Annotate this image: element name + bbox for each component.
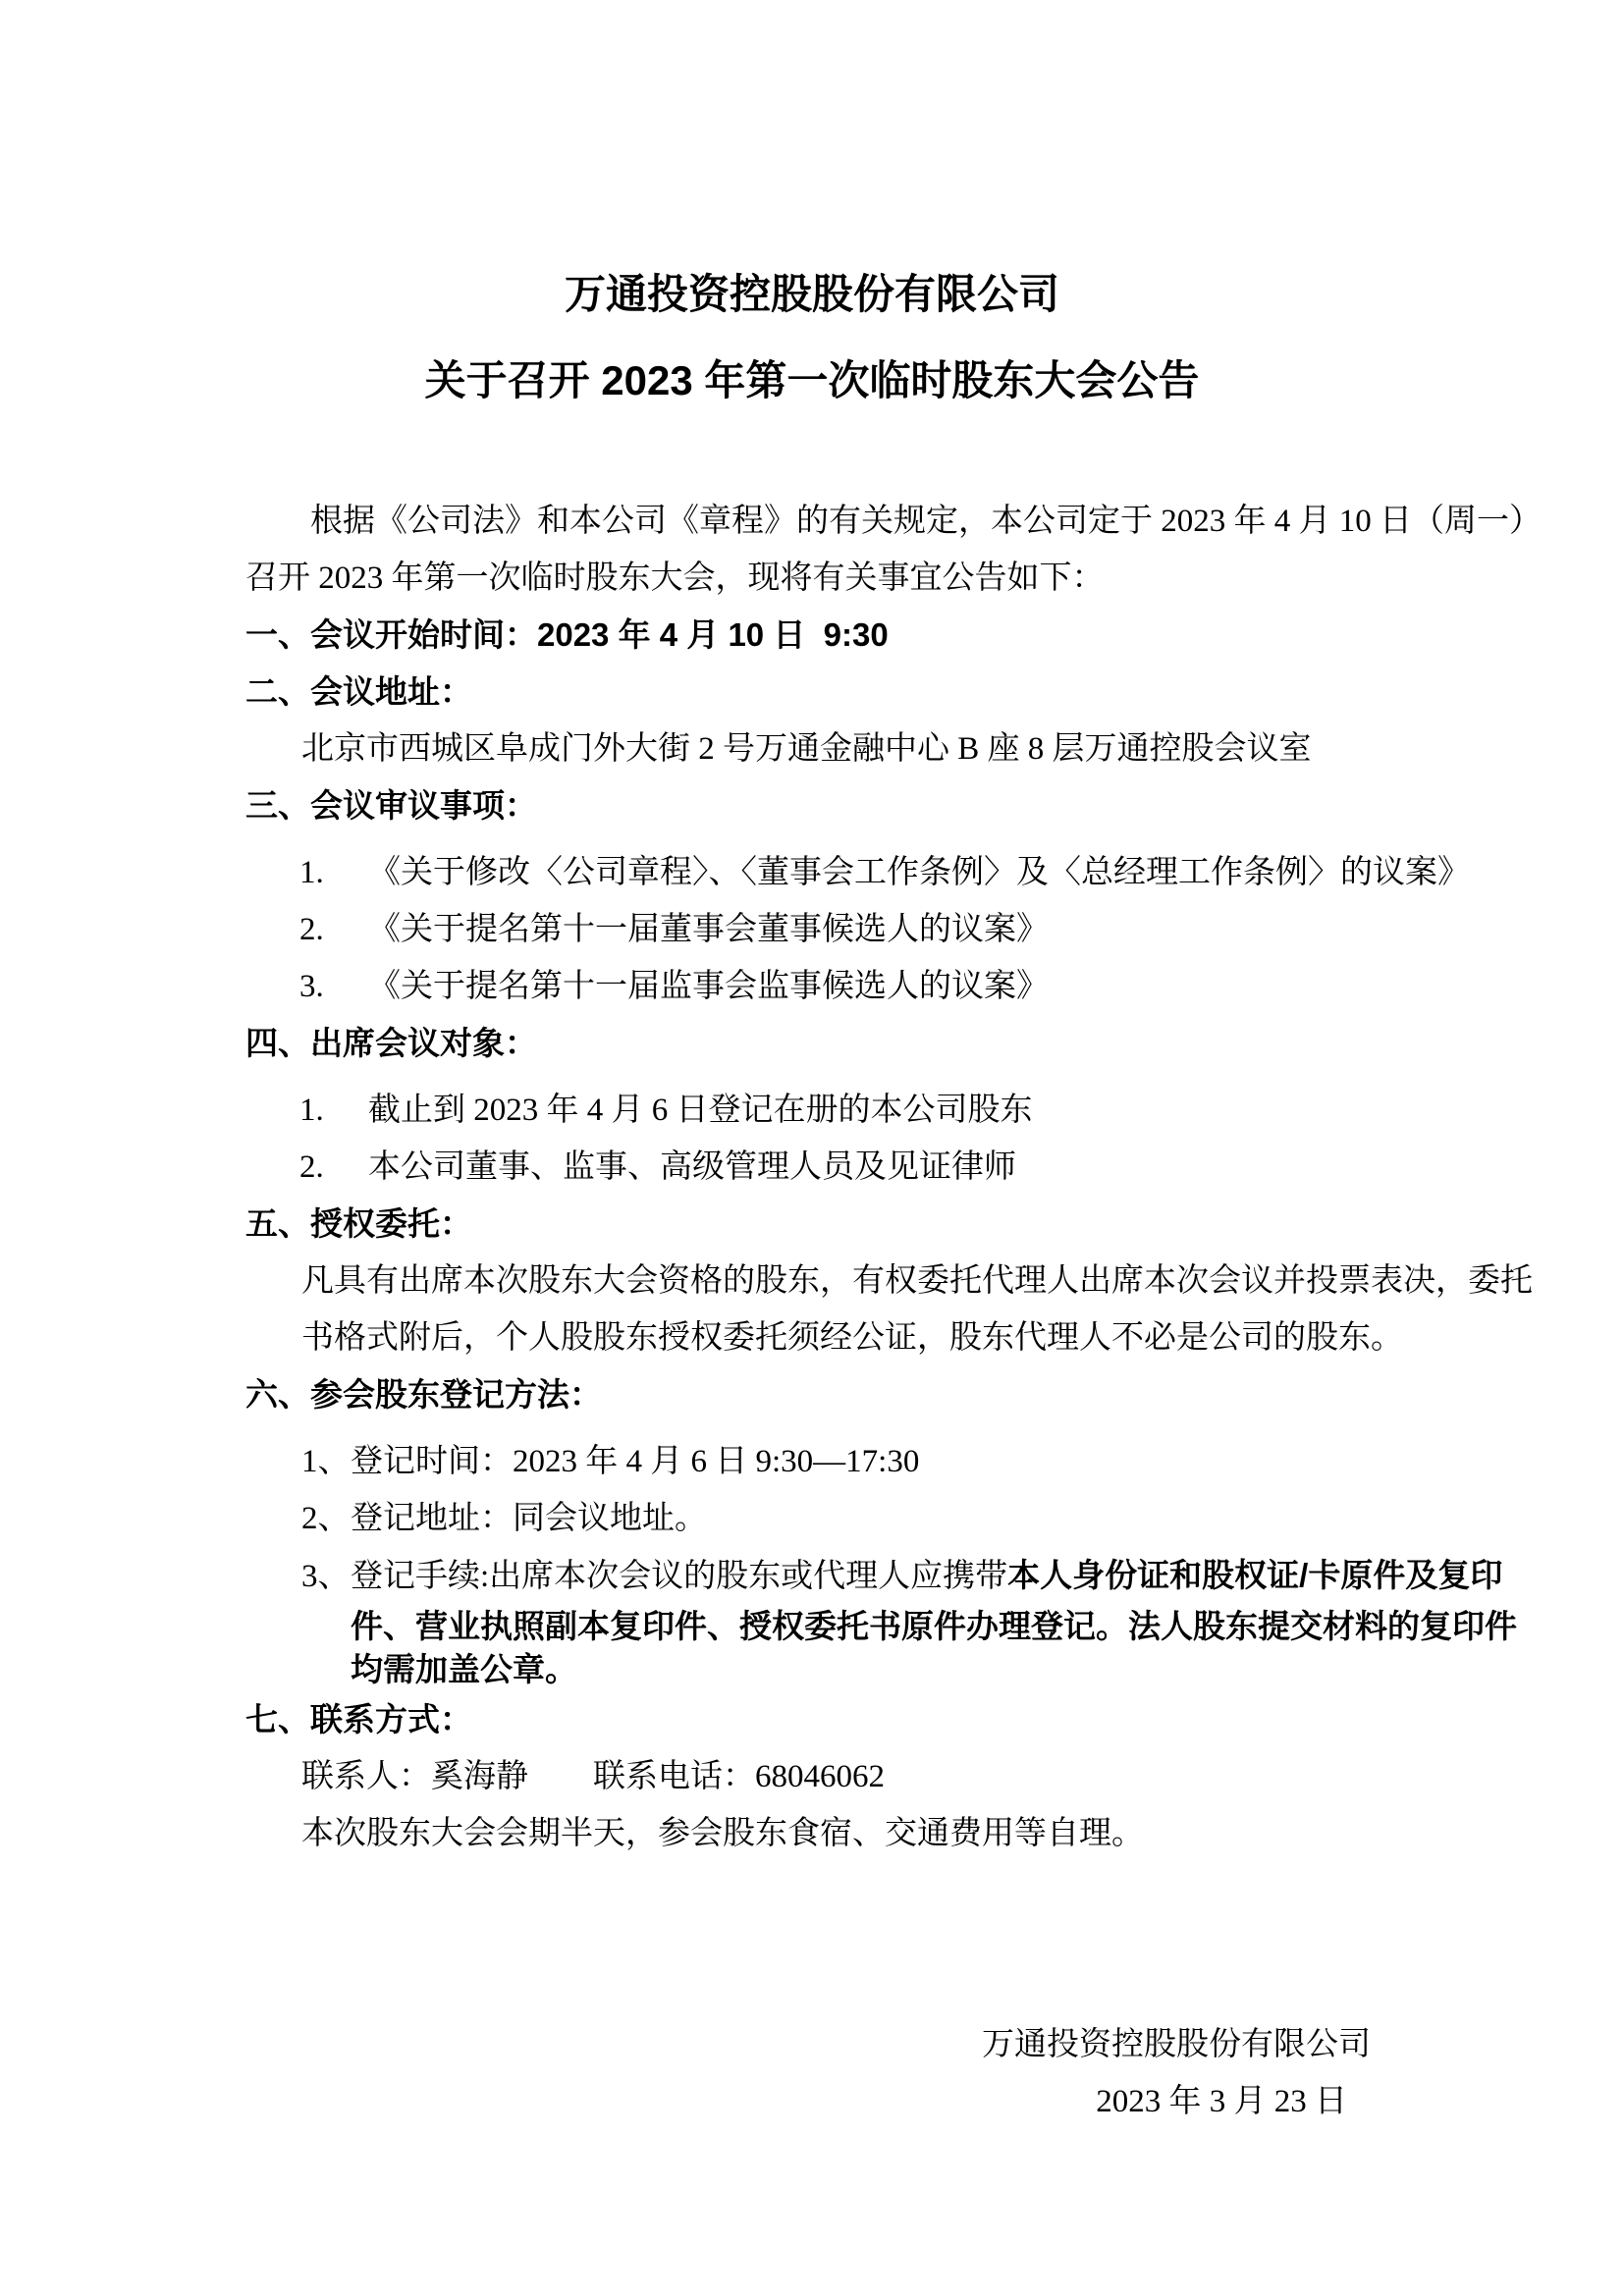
- document-body: 根据《公司法》和本公司《章程》的有关规定，本公司定于 2023 年 4 月 10…: [245, 493, 1428, 2130]
- section-6-item-3-line-2: 件、营业执照副本复印件、授权委托书原件办理登记。法人股东提交材料的复印件: [245, 1605, 1428, 1648]
- company-title: 万通投资控股股份有限公司: [0, 271, 1624, 318]
- item-number: 2.: [299, 901, 368, 958]
- section-5-heading: 五、授权委托：: [245, 1196, 1428, 1253]
- section-3-item-3: 3.《关于提名第十一届监事会监事候选人的议案》: [245, 958, 1428, 1015]
- item-text: 《关于修改〈公司章程〉、〈董事会工作条例〉及〈总经理工作条例〉的议案》: [368, 855, 1470, 890]
- document-page: 万通投资控股股份有限公司 关于召开 2023 年第一次临时股东大会公告 根据《公…: [0, 0, 1624, 2296]
- section-3-item-2: 2.《关于提名第十一届董事会董事候选人的议案》: [245, 901, 1428, 958]
- section-7-heading: 七、联系方式：: [245, 1691, 1428, 1748]
- closing-line: 本次股东大会会期半天，参会股东食宿、交通费用等自理。: [245, 1805, 1428, 1862]
- section-6-item-3-line-3: 均需加盖公章。: [245, 1648, 1428, 1691]
- item-number: 2.: [299, 1139, 368, 1196]
- section-6-item-3-line-1: 3、登记手续:出席本次会议的股东或代理人应携带本人身份证和股权证/卡原件及复印: [245, 1547, 1428, 1605]
- signature-date: 2023 年 3 月 23 日: [245, 2073, 1428, 2130]
- item-text: 本公司董事、监事、高级管理人员及见证律师: [368, 1149, 1016, 1185]
- section-4-item-2: 2.本公司董事、监事、高级管理人员及见证律师: [245, 1139, 1428, 1196]
- section-5-line-2: 书格式附后，个人股股东授权委托须经公证，股东代理人不必是公司的股东。: [245, 1309, 1428, 1366]
- item-bold-text: 本人身份证和股权证/卡原件及复印: [1007, 1557, 1502, 1593]
- item-number: 1.: [299, 1082, 368, 1139]
- intro-line-1: 根据《公司法》和本公司《章程》的有关规定，本公司定于 2023 年 4 月 10…: [245, 493, 1428, 550]
- intro-paragraph: 根据《公司法》和本公司《章程》的有关规定，本公司定于 2023 年 4 月 10…: [245, 493, 1428, 607]
- item-text: 登记地址：同会议地址。: [351, 1501, 707, 1536]
- section-1-heading: 一、会议开始时间：2023 年 4 月 10 日 9:30: [245, 607, 1428, 664]
- item-text: 截止到 2023 年 4 月 6 日登记在册的本公司股东: [368, 1093, 1033, 1128]
- section-2-heading: 二、会议地址：: [245, 664, 1428, 721]
- item-number: 1、: [301, 1433, 351, 1490]
- signature-company: 万通投资控股股份有限公司: [245, 2016, 1428, 2073]
- section-5-line-1: 凡具有出席本次股东大会资格的股东，有权委托代理人出席本次会议并投票表决，委托: [245, 1253, 1428, 1309]
- item-text: 《关于提名第十一届监事会监事候选人的议案》: [368, 969, 1049, 1004]
- item-text: 登记时间：2023 年 4 月 6 日 9:30—17:30: [351, 1444, 919, 1479]
- item-text: 《关于提名第十一届董事会董事候选人的议案》: [368, 912, 1049, 947]
- section-2-address: 北京市西城区阜成门外大街 2 号万通金融中心 B 座 8 层万通控股会议室: [245, 721, 1428, 777]
- item-number: 3.: [299, 958, 368, 1015]
- contact-line: 联系人：奚海静 联系电话：68046062: [245, 1748, 1428, 1805]
- section-6-heading: 六、参会股东登记方法：: [245, 1366, 1428, 1423]
- section-3-heading: 三、会议审议事项：: [245, 777, 1428, 834]
- item-number: 3、: [301, 1548, 351, 1605]
- announcement-title: 关于召开 2023 年第一次临时股东大会公告: [0, 357, 1624, 404]
- item-lead-text: 登记手续:出席本次会议的股东或代理人应携带: [351, 1559, 1007, 1594]
- section-3-item-1: 1.《关于修改〈公司章程〉、〈董事会工作条例〉及〈总经理工作条例〉的议案》: [245, 844, 1428, 901]
- section-4-heading: 四、出席会议对象：: [245, 1015, 1428, 1072]
- item-number: 1.: [299, 844, 368, 901]
- section-4-item-1: 1.截止到 2023 年 4 月 6 日登记在册的本公司股东: [245, 1082, 1428, 1139]
- item-number: 2、: [301, 1490, 351, 1547]
- intro-line-2: 召开 2023 年第一次临时股东大会，现将有关事宜公告如下：: [245, 550, 1428, 607]
- section-5-paragraph: 凡具有出席本次股东大会资格的股东，有权委托代理人出席本次会议并投票表决，委托 书…: [245, 1253, 1428, 1366]
- section-6-item-3: 3、登记手续:出席本次会议的股东或代理人应携带本人身份证和股权证/卡原件及复印 …: [245, 1547, 1428, 1691]
- section-6-item-2: 2、登记地址：同会议地址。: [245, 1490, 1428, 1547]
- section-6-item-1: 1、登记时间：2023 年 4 月 6 日 9:30—17:30: [245, 1433, 1428, 1490]
